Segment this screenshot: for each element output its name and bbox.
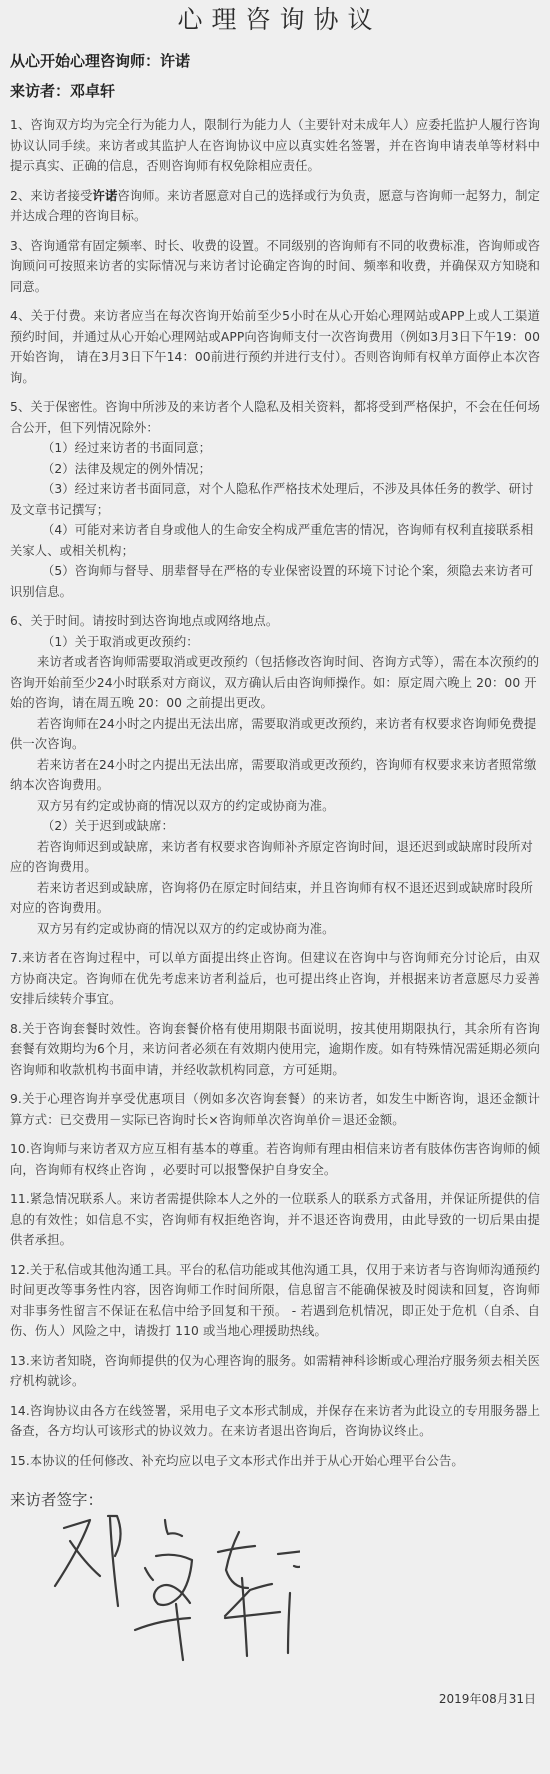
clause-2-prefix: 2、来访者接受	[10, 189, 93, 203]
clause-6-sub2-heading: （2）关于迟到或缺席：	[10, 816, 540, 837]
clause-7: 7.来访者在咨询过程中，可以单方面提出终止咨询。但建议在咨询中与咨询师充分讨论后…	[10, 948, 540, 1010]
clause-10: 10.咨询师与来访者双方应互相有基本的尊重。若咨询师有理由相信来访者有肢体伤害咨…	[10, 1139, 540, 1180]
counselor-line: 从心开始心理咨询师：许诺	[10, 51, 540, 71]
signature-date: 2019年08月31日	[439, 1690, 536, 1707]
clause-14: 14.咨询协议由各方在线签署，采用电子文本形式制成，并保存在来访者为此设立的专用…	[10, 1401, 540, 1442]
clause-4: 4、关于付费。来访者应当在每次咨询开始前至少5小时在从心开始心理网站或APP上或…	[10, 306, 540, 388]
clause-6: 6、关于时间。请按时到达咨询地点或网络地点。 （1）关于取消或更改预约： 来访者…	[10, 611, 540, 939]
clause-list: 1、咨询双方均为完全行为能力人，限制行为能力人（主要针对未成年人）应委托监护人履…	[10, 115, 540, 1471]
clause-5: 5、关于保密性。咨询中所涉及的来访者个人隐私及相关资料，都将受到严格保护，不会在…	[10, 397, 540, 602]
clause-5-item-3: （3）经过来访者书面同意，对个人隐私作严格技术处理后，不涉及具体任务的教学、研讨…	[10, 479, 540, 520]
visitor-line: 来访者：邓卓轩	[10, 81, 540, 101]
clause-3: 3、咨询通常有固定频率、时长、收费的设置。不同级别的咨询师有不同的收费标准，咨询…	[10, 236, 540, 298]
clause-6-sub1-heading: （1）关于取消或更改预约：	[10, 632, 540, 653]
clause-6-sub2-para-3: 双方另有约定或协商的情况以双方的约定或协商为准。	[10, 919, 540, 940]
clause-12: 12.关于私信或其他沟通工具。平台的私信功能或其他沟通工具，仅用于来访者与咨询师…	[10, 1260, 540, 1342]
visitor-name: 邓卓轩	[70, 82, 115, 100]
clause-5-intro: 5、关于保密性。咨询中所涉及的来访者个人隐私及相关资料，都将受到严格保护，不会在…	[10, 397, 540, 438]
page-title: 心理咨询协议	[10, 0, 540, 38]
handwritten-signature	[50, 1508, 300, 1668]
clause-5-item-2: （2）法律及规定的例外情况；	[10, 459, 540, 480]
clause-2: 2、来访者接受许诺咨询师。来访者愿意对自己的选择或行为负责，愿意与咨询师一起努力…	[10, 186, 540, 227]
counselor-name: 许诺	[160, 52, 190, 70]
clause-1: 1、咨询双方均为完全行为能力人，限制行为能力人（主要针对未成年人）应委托监护人履…	[10, 115, 540, 177]
visitor-label: 来访者：	[10, 82, 70, 100]
clause-5-item-1: （1）经过来访者的书面同意；	[10, 438, 540, 459]
clause-6-sub2-para-2: 若来访者迟到或缺席，咨询将仍在原定时间结束，并且咨询师有权不退还迟到或缺席时段所…	[10, 878, 540, 919]
clause-6-sub1-para-3: 若来访者在24小时之内提出无法出席，需要取消或更改预约，咨询师有权要求来访者照常…	[10, 755, 540, 796]
clause-6-intro: 6、关于时间。请按时到达咨询地点或网络地点。	[10, 611, 540, 632]
clause-6-sub1-para-1: 来访者或者咨询师需要取消或更改预约（包括修改咨询时间、咨询方式等），需在本次预约…	[10, 652, 540, 714]
clause-5-item-4: （4）可能对来访者自身或他人的生命安全构成严重危害的情况，咨询师有权利直接联系相…	[10, 520, 540, 561]
clause-11: 11.紧急情况联系人。来访者需提供除本人之外的一位联系人的联系方式备用，并保证所…	[10, 1189, 540, 1251]
clause-9: 9.关于心理咨询并享受优惠项目（例如多次咨询套餐）的来访者，如发生中断咨询，退还…	[10, 1089, 540, 1130]
clause-2-counselor-name: 许诺	[93, 189, 118, 203]
clause-6-sub2-para-1: 若咨询师迟到或缺席，来访者有权要求咨询师补齐原定咨询时间，退还迟到或缺席时段所对…	[10, 837, 540, 878]
clause-5-item-5: （5）咨询师与督导、朋辈督导在严格的专业保密设置的环境下讨论个案，须隐去来访者可…	[10, 561, 540, 602]
clause-6-sub1-para-4: 双方另有约定或协商的情况以双方的约定或协商为准。	[10, 796, 540, 817]
clause-15: 15.本协议的任何修改、补充均应以电子文本形式作出并于从心开始心理平台公告。	[10, 1451, 540, 1472]
clause-8: 8.关于咨询套餐时效性。咨询套餐价格有使用期限书面说明，按其使用期限执行，其余所…	[10, 1019, 540, 1081]
counselor-label: 从心开始心理咨询师：	[10, 52, 160, 70]
clause-13: 13.来访者知晓，咨询师提供的仅为心理咨询的服务。如需精神科诊断或心理治疗服务须…	[10, 1351, 540, 1392]
clause-6-sub1-para-2: 若咨询师在24小时之内提出无法出席，需要取消或更改预约，来访者有权要求咨询师免费…	[10, 714, 540, 755]
signature-ink-icon	[50, 1508, 300, 1668]
agreement-document: 心理咨询协议 从心开始心理咨询师：许诺 来访者：邓卓轩 1、咨询双方均为完全行为…	[0, 0, 550, 1511]
